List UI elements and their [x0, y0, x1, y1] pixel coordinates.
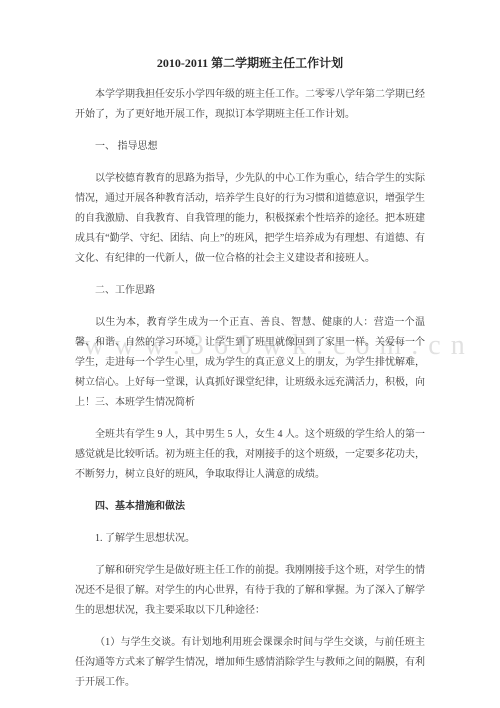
paragraph: 以生为本，教育学生成为一个正直、善良、智慧、健康的人：营造一个温馨、和谐、自然的…: [75, 313, 425, 413]
section-heading: 二、工作思路: [75, 281, 425, 301]
document-title: 2010-2011 第二学期班主任工作计划: [75, 53, 425, 73]
paragraph: 全班共有学生 9 人，其中男生 5 人，女生 4 人。这个班级的学生给人的第一感…: [75, 425, 425, 485]
paragraph: 1. 了解学生思想状况。: [75, 529, 425, 549]
paragraph: 以学校德育教育的思路为指导，少先队的中心工作为重心，结合学生的实际情况，通过开展…: [75, 169, 425, 269]
document-page: www.360wk.com.cn 2010-2011 第二学期班主任工作计划 本…: [0, 0, 500, 708]
document-body: 本学学期我担任安乐小学四年级的班主任工作。二零零八学年第二学期已经开始了，为了更…: [75, 85, 425, 693]
section-heading: 一、 指导思想: [75, 137, 425, 157]
paragraph: 了解和研究学生是做好班主任工作的前提。我刚刚接手这个班，对学生的情况还不是很了解…: [75, 561, 425, 621]
section-heading: 四、基本措施和做法: [75, 497, 425, 517]
paragraph: 本学学期我担任安乐小学四年级的班主任工作。二零零八学年第二学期已经开始了，为了更…: [75, 85, 425, 125]
paragraph: （1）与学生交谈。有计划地利用班会课课余时间与学生交谈，与前任班主任沟通等方式来…: [75, 633, 425, 693]
document-content: 2010-2011 第二学期班主任工作计划 本学学期我担任安乐小学四年级的班主任…: [0, 0, 500, 708]
